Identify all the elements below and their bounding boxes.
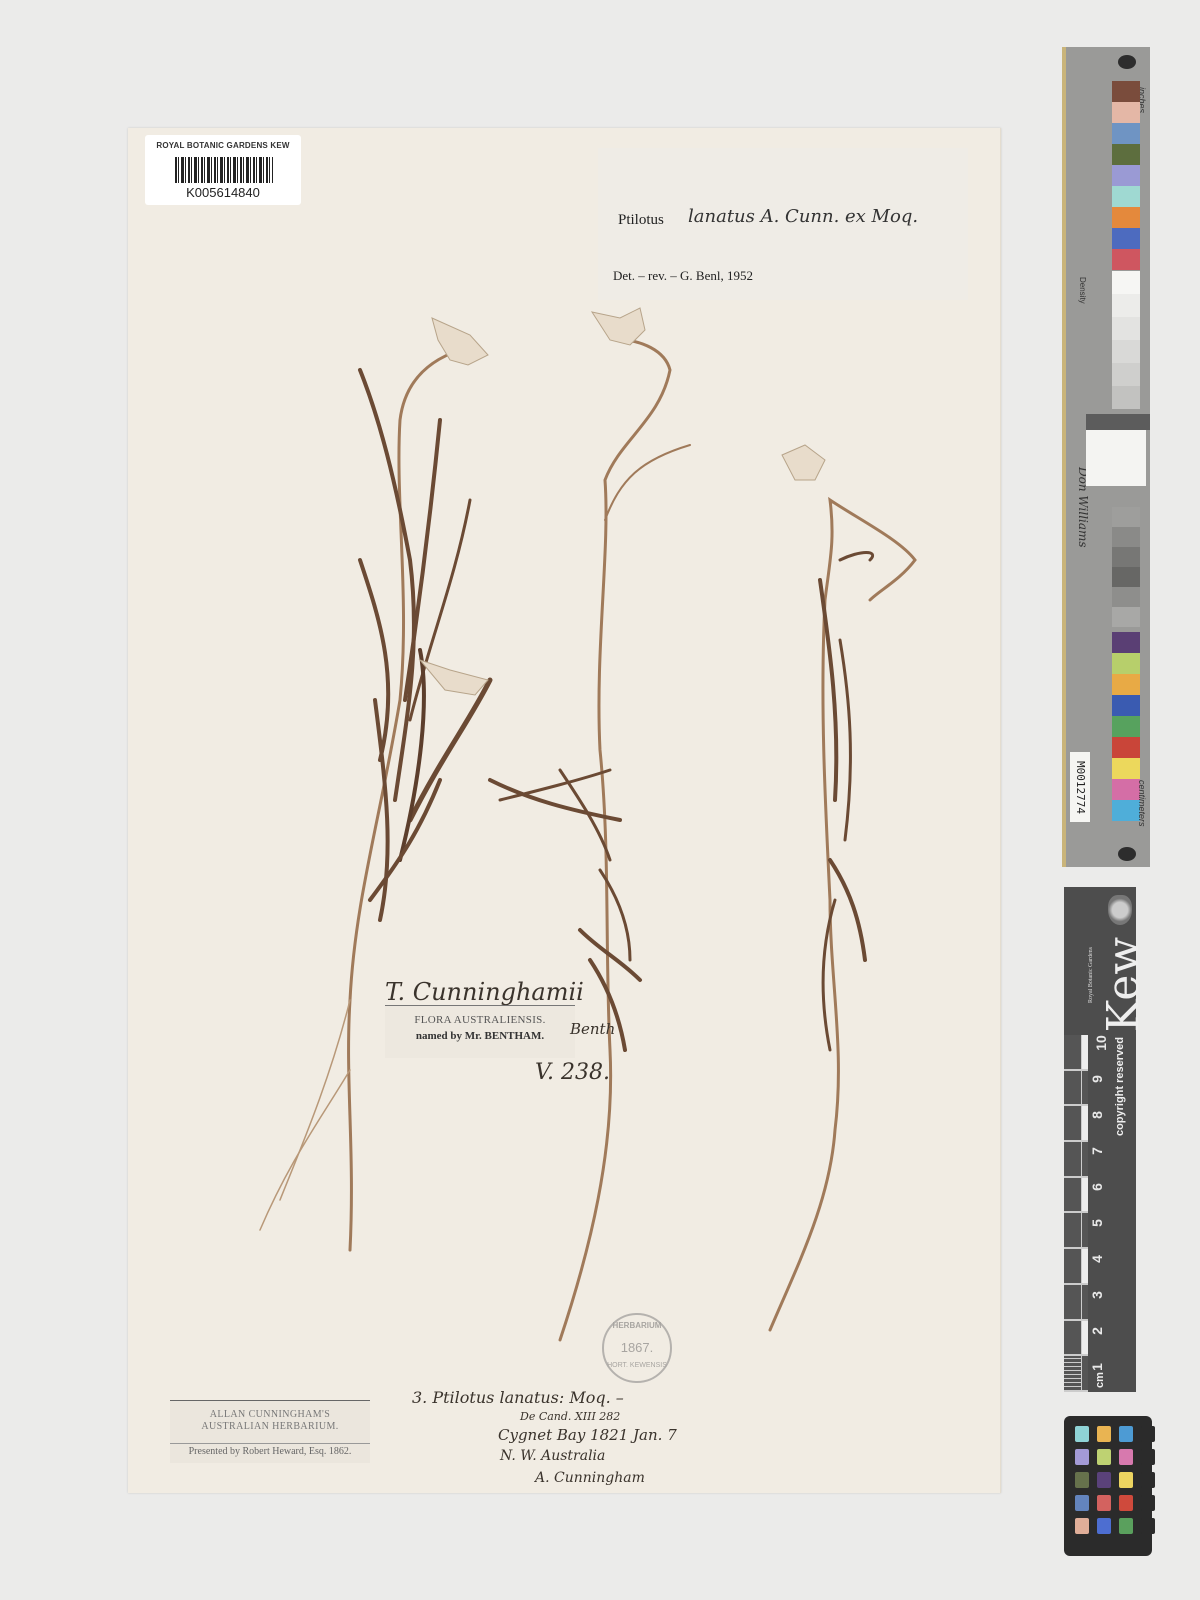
stamp-top-text: HERBARIUM [604,1321,670,1330]
colour-swatch [1112,317,1140,340]
colour-swatch [1112,271,1140,294]
top-colour-swatches [1112,81,1140,270]
bottom-colour-swatches [1112,632,1140,821]
colour-swatch [1112,102,1140,123]
colour-swatch [1112,737,1140,758]
royal-crest-icon [1108,895,1132,925]
note-line-4: N. W. Australia [500,1448,605,1464]
ruler-number: 1 [1089,1363,1105,1371]
checker-patch [1075,1518,1089,1534]
accession-line-2: AUSTRALIAN HERBARIUM. [170,1421,370,1432]
flora-author: Benth [570,1020,615,1038]
note-line-1: 3. Ptilotus lanatus: Moq. – [412,1388,624,1407]
accession-line-3: Presented by Robert Heward, Esq. 1862. [170,1443,370,1457]
colour-swatch [1112,695,1140,716]
ruler-number: 2 [1089,1327,1105,1335]
colour-swatch [1112,340,1140,363]
kew-scale-bar: Royal Botanic Gardens Kew 10 9 8 7 6 5 4… [1064,887,1136,1392]
colour-swatch [1112,507,1140,527]
checker-patch [1075,1426,1089,1442]
barcode-number: K005614840 [145,185,301,200]
colour-swatch [1112,123,1140,144]
checker-patch [1097,1472,1111,1488]
herbarium-stamp: HERBARIUM 1867. HORT. KEWENSIS [602,1313,672,1383]
ruler-numbers: 10 9 8 7 6 5 4 3 2 1 [1090,1035,1110,1392]
flora-volume: V. 238. [535,1060,610,1085]
checker-patch [1119,1426,1133,1442]
reference-code: M0012774 [1070,752,1090,822]
colour-swatch [1112,386,1140,409]
ruler-number: 7 [1089,1147,1105,1155]
ruler-number: 3 [1089,1291,1105,1299]
checker-patch [1141,1426,1155,1442]
colour-swatch [1112,186,1140,207]
checker-patch [1075,1495,1089,1511]
checker-patch [1075,1449,1089,1465]
colour-swatch [1112,294,1140,317]
mid-band [1086,414,1150,430]
checker-patch [1119,1472,1133,1488]
colour-swatch [1112,800,1140,821]
checker-patch [1097,1518,1111,1534]
colour-swatch [1112,363,1140,386]
colour-calibration-bar: inches Density Don Williams M0012774 cen… [1062,47,1150,867]
checker-patch [1097,1426,1111,1442]
checker-patch [1097,1449,1111,1465]
checker-patch [1119,1449,1133,1465]
note-line-3: Cygnet Bay 1821 Jan. 7 [498,1426,677,1444]
ruler-number: 5 [1089,1219,1105,1227]
flora-line-1: FLORA AUSTRALIENSIS. [385,1014,575,1026]
accession-label: ALLAN CUNNINGHAM'S AUSTRALIAN HERBARIUM.… [170,1400,370,1463]
flora-line-2: named by Mr. BENTHAM. [385,1030,575,1042]
checker-patch [1097,1495,1111,1511]
checker-patch [1141,1495,1155,1511]
note-line-5: A. Cunningham [535,1470,645,1486]
ruler-number: 8 [1089,1111,1105,1119]
checker-patch [1141,1449,1155,1465]
colour-checker-card [1064,1416,1152,1556]
colour-swatch [1112,716,1140,737]
colour-checker-grid [1075,1426,1155,1534]
colour-swatch [1112,547,1140,567]
colour-swatch [1112,527,1140,547]
checker-patch [1141,1518,1155,1534]
stamp-year: 1867. [604,1340,670,1355]
colour-swatch [1112,567,1140,587]
centimeters-label: centimeters [1137,780,1147,827]
barcode-icon [175,157,273,183]
hole-top-icon [1118,55,1136,69]
density-label: Density [1078,277,1087,304]
grey-swatches [1112,271,1140,409]
ruler-number: 4 [1089,1255,1105,1263]
copyright-label: copyright reserved [1114,1037,1126,1136]
resolution-target [1086,430,1146,486]
barcode-label: ROYAL BOTANIC GARDENS KEW K005614840 [145,135,301,205]
colour-swatch [1112,207,1140,228]
checker-patch [1119,1495,1133,1511]
species-handwritten: lanatus A. Cunn. ex Moq. [688,206,918,227]
checker-patch [1075,1472,1089,1488]
colour-swatch [1112,228,1140,249]
institution-name: ROYAL BOTANIC GARDENS KEW [145,141,301,150]
ruler-number: 10 [1093,1035,1109,1051]
checker-patch [1119,1518,1133,1534]
note-line-2: De Cand. XIII 282 [520,1410,620,1423]
flora-handwritten-name: T. Cunninghamii [385,978,584,1006]
colour-swatch [1112,779,1140,800]
colour-swatch [1112,249,1140,270]
unit-label: cm [1094,1372,1106,1388]
ruler-number: 9 [1089,1075,1105,1083]
colour-swatch [1112,81,1140,102]
dark-grey-swatches [1112,507,1140,627]
cm-ruler [1064,1035,1088,1392]
colour-swatch [1112,653,1140,674]
accession-line-1: ALLAN CUNNINGHAM'S [170,1409,370,1420]
flora-australiensis-label: FLORA AUSTRALIENSIS. named by Mr. BENTHA… [385,1005,575,1058]
colour-swatch [1112,587,1140,607]
colour-swatch [1112,674,1140,695]
genus-name: Ptilotus [618,212,664,229]
kew-subtitle: Royal Botanic Gardens [1088,947,1094,1003]
colour-swatch [1112,607,1140,627]
colour-swatch [1112,165,1140,186]
determination-label: Ptilotus lanatus A. Cunn. ex Moq. Det. –… [598,148,968,300]
determiner-line: Det. – rev. – G. Benl, 1952 [613,268,753,284]
checker-patch [1141,1472,1155,1488]
colour-swatch [1112,632,1140,653]
ruler-number: 6 [1089,1183,1105,1191]
kew-logo: Kew [1098,937,1149,1032]
colour-swatch [1112,144,1140,165]
hole-bottom-icon [1118,847,1136,861]
colour-swatch [1112,758,1140,779]
stamp-bottom-text: HORT. KEWENSIS [604,1362,670,1369]
